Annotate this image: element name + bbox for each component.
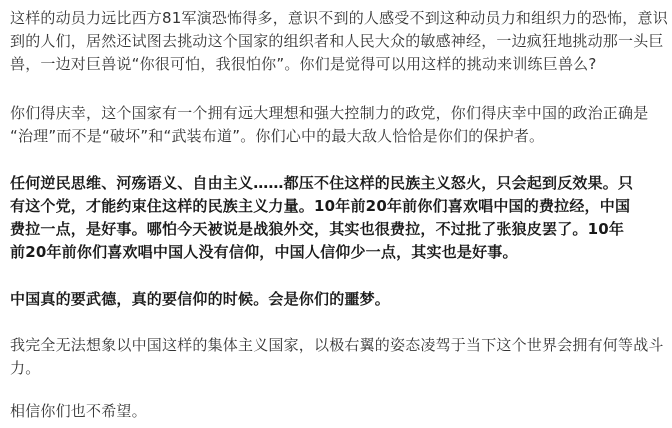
paragraph-nightmare-bold: 中国真的要武德，真的要信仰的时候。会是你们的噩梦。 [10,288,662,311]
text-line: 有这个党，才能约束住这样的民族主义力量。10年前20年前你们喜欢唱中国的费拉经，… [10,195,662,218]
paragraph-closing: 相信你们也不希望。 [10,400,662,423]
article-body: 这样的动员力远比西方81军演恐怖得多，意识不到的人感受不到这种动员力和组织力的恐… [0,0,672,428]
paragraph-nationalism-bold: 任何逆民思维、河殇语义、自由主义……都压不住这样的民族主义怒火，只会起到反效果。… [10,172,662,264]
text-line: 这样的动员力远比西方81军演恐怖得多，意识不到的人感受不到这种动员力和组织力的恐… [10,7,662,30]
text-line: 到的人们，居然还试图去挑动这个国家的组织者和人民大众的敏感神经，一边疯狂地挑动那… [10,30,662,53]
text-line: 相信你们也不希望。 [10,400,662,423]
text-line: 力。 [10,357,662,380]
paragraph-mobilization: 这样的动员力远比西方81军演恐怖得多，意识不到的人感受不到这种动员力和组织力的恐… [10,7,662,76]
text-line: 我完全无法想象以中国这样的集体主义国家，以极右翼的姿态凌驾于当下这个世界会拥有何… [10,334,662,357]
text-line: 兽，一边对巨兽说“你很可怕，我很怕你”。你们是觉得可以用这样的挑动来训练巨兽么? [10,53,662,76]
text-line: 中国真的要武德，真的要信仰的时候。会是你们的噩梦。 [10,288,662,311]
paragraph-governance: 你们得庆幸，这个国家有一个拥有远大理想和强大控制力的政党，你们得庆幸中国的政治正… [10,102,662,148]
text-line: 费拉一点，是好事。哪怕今天被说是战狼外交，其实也很费拉，不过批了张狼皮罢了。10… [10,218,662,241]
text-line: 任何逆民思维、河殇语义、自由主义……都压不住这样的民族主义怒火，只会起到反效果。… [10,172,662,195]
text-line: 前20年前你们喜欢唱中国人没有信仰，中国人信仰少一点，其实也是好事。 [10,241,662,264]
paragraph-collectivism: 我完全无法想象以中国这样的集体主义国家，以极右翼的姿态凌驾于当下这个世界会拥有何… [10,334,662,380]
text-line: 你们得庆幸，这个国家有一个拥有远大理想和强大控制力的政党，你们得庆幸中国的政治正… [10,102,662,125]
text-line: “治理”而不是“破坏”和“武装布道”。你们心中的最大敌人恰恰是你们的保护者。 [10,125,662,148]
